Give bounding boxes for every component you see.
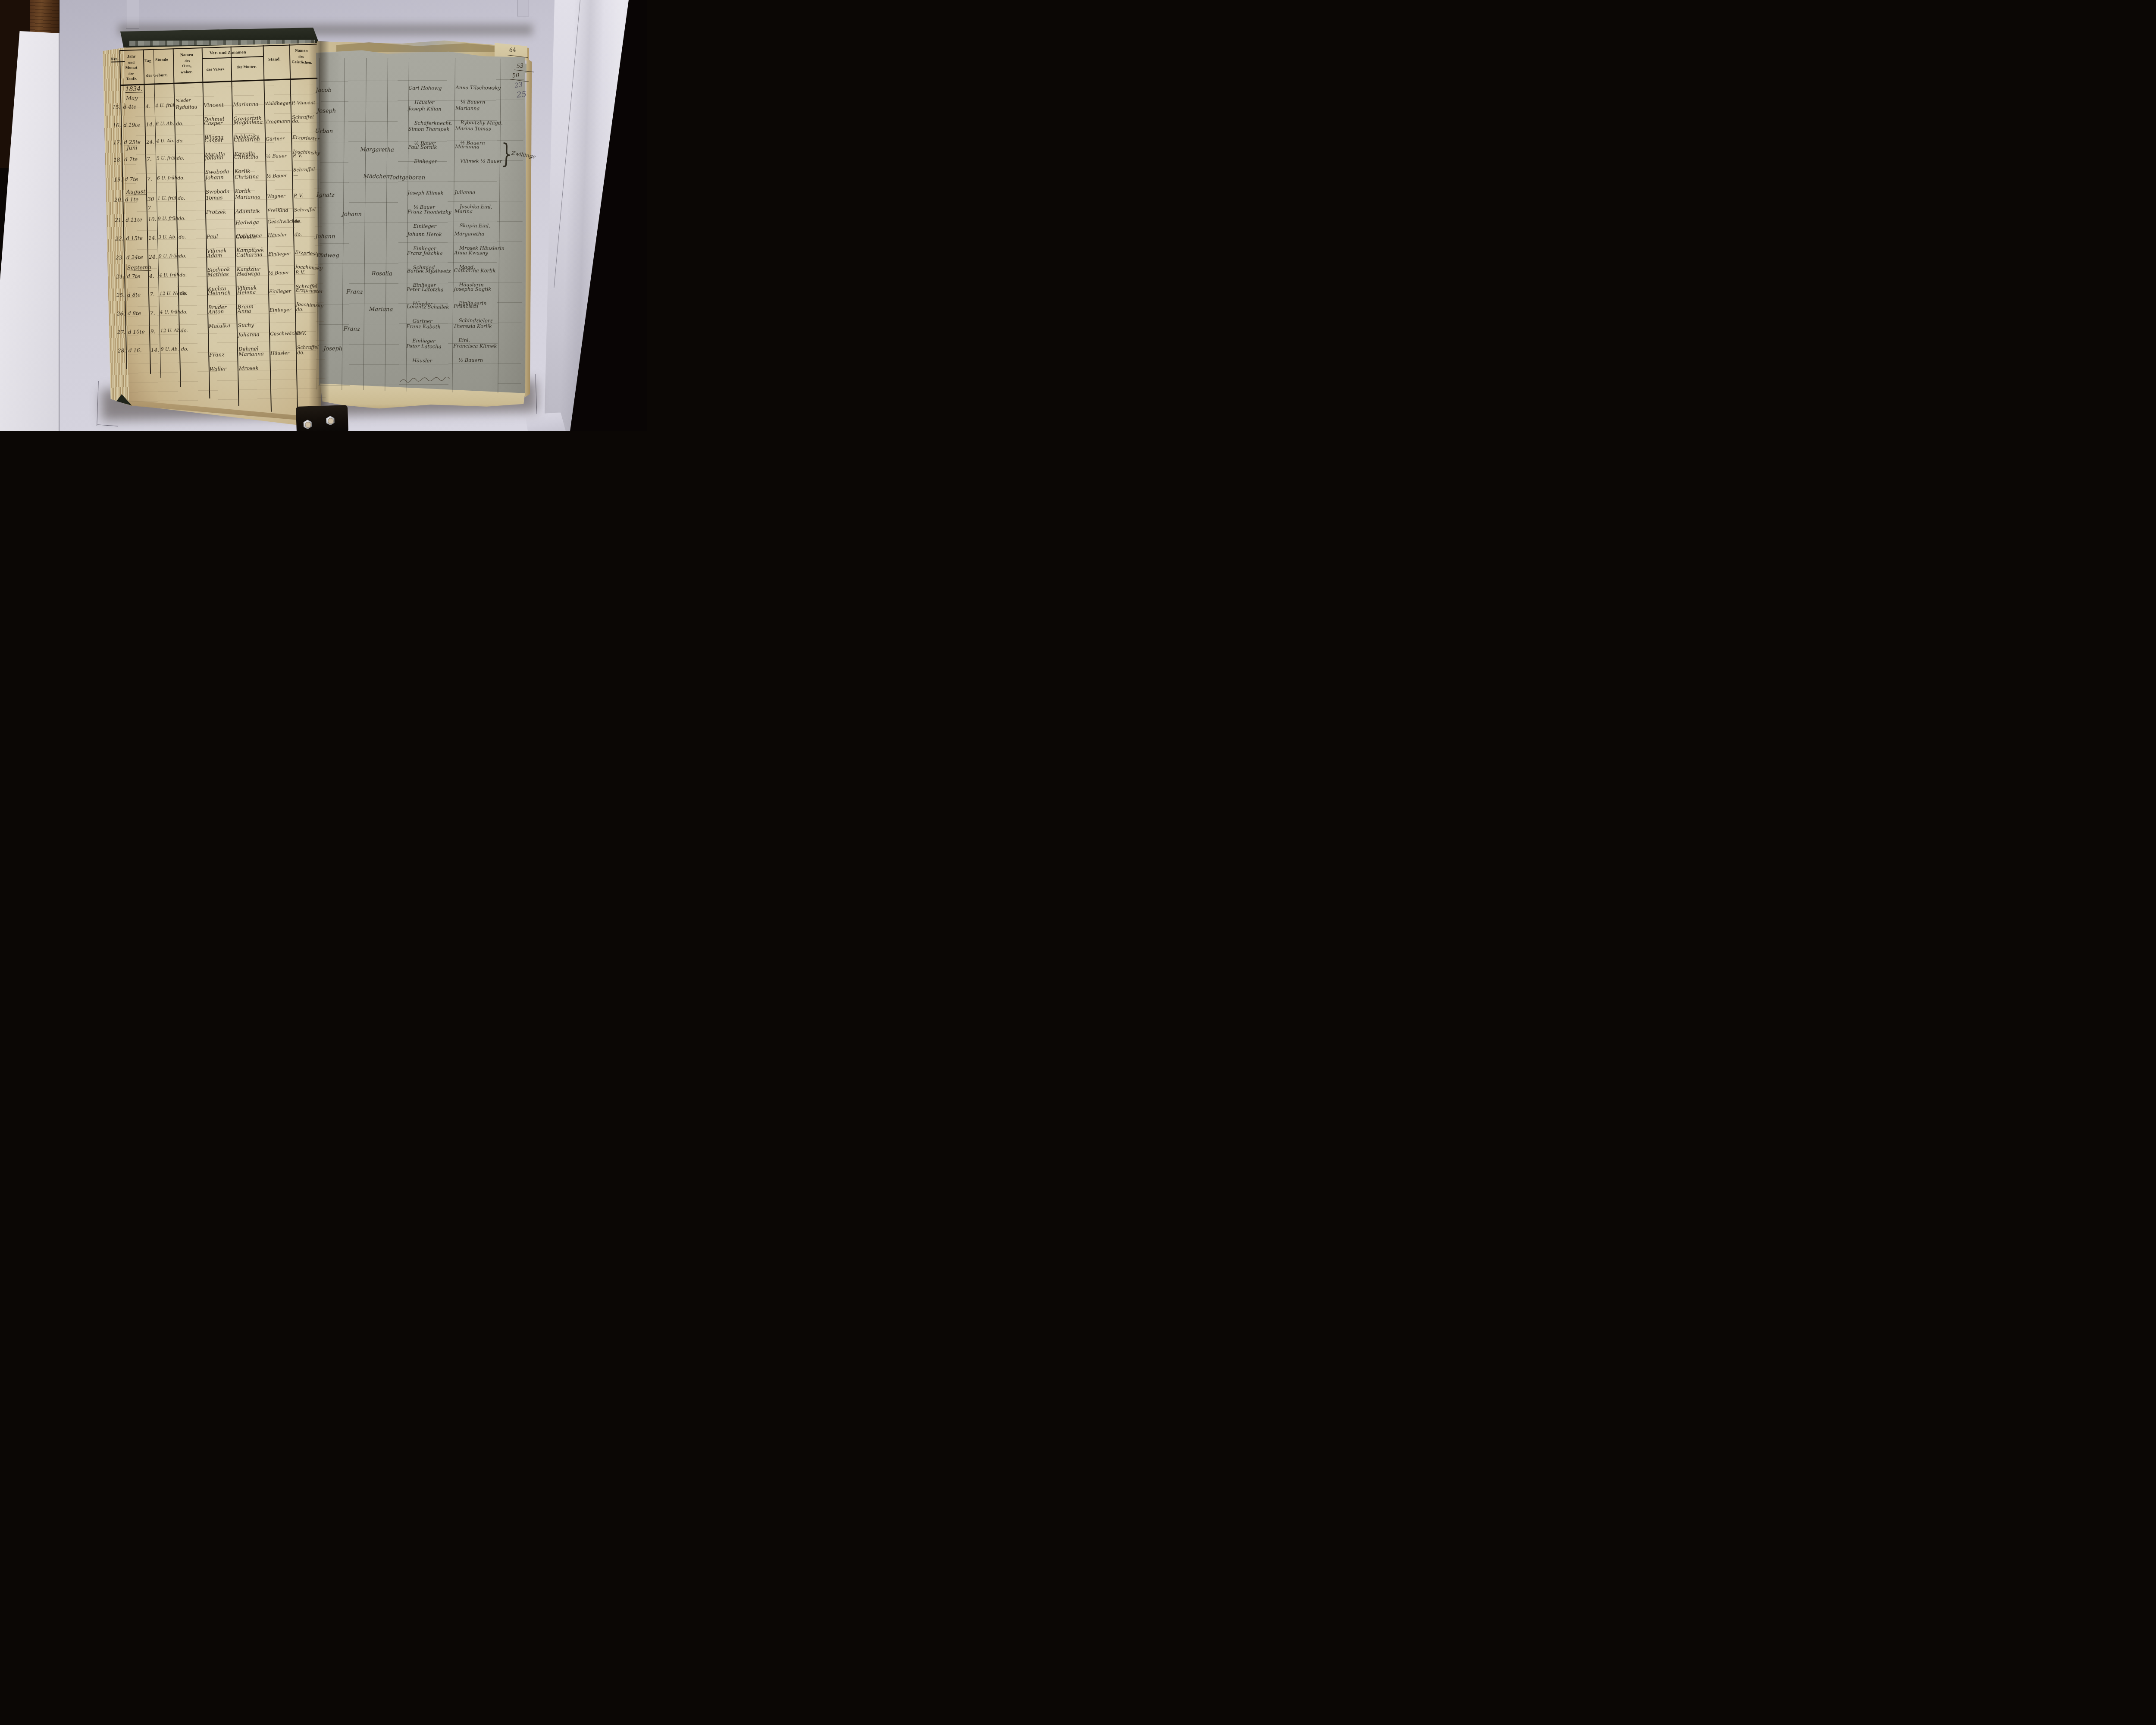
mother: Josepha Sogtik (454, 287, 491, 292)
stillborn-label-2: Todtgeboren (389, 175, 426, 181)
child-name: Joseph (323, 346, 342, 351)
handwriting-fragment (399, 377, 455, 385)
father-status: Häusler (412, 358, 432, 364)
father: Peter Latotzka (407, 287, 443, 292)
father: Paul Sornik (408, 145, 437, 150)
bolt-icon (326, 416, 335, 426)
child-name: Ignatz (317, 192, 335, 198)
child-name: Rosalia (372, 271, 392, 276)
father-status: Einlieger (414, 159, 437, 164)
child-name: Franz (344, 326, 360, 332)
father: Bartek Mysliwetz (407, 269, 451, 274)
mother-status: Einl. (458, 338, 470, 343)
child-name: Ludweg (317, 253, 339, 258)
mother: Francisca Klimek (453, 344, 497, 349)
father: Johann Herok (407, 232, 442, 237)
page-number-53: 53 (516, 63, 524, 69)
child-name: Urban (315, 129, 333, 134)
father: Franz Thonietzky (407, 210, 451, 215)
page-number-50: 50 (512, 72, 520, 79)
sheet-row: Joseph Peter Latocha Häusler Francisca K… (0, 343, 558, 378)
father: Lorentz Schallek (407, 304, 449, 310)
mother: Marianna (455, 144, 479, 150)
mother-status: Vilimek ½ Bauer (460, 159, 502, 164)
child-name: Johann (342, 211, 362, 217)
mother: Anna Kwasny (454, 251, 488, 256)
child-name: Mariana (369, 307, 393, 312)
mother: Anna Tilschowsky (455, 85, 501, 91)
father-status: Häusler (414, 100, 434, 105)
bolt-core (328, 418, 334, 424)
mother: Margaretha (454, 232, 484, 237)
stillborn-label: Mädchen (364, 174, 390, 180)
father: Franz Jeschka (407, 251, 443, 256)
mother-status: Skupin Einl. (460, 223, 490, 229)
mother: Julianna (454, 190, 475, 195)
pencil-number-23: 23 (514, 80, 523, 89)
mother: Marina Tomas (455, 126, 491, 132)
father: Carl Hohowg (408, 86, 442, 91)
mother-status: ½ Bauern (458, 358, 483, 363)
father: Simon Tharapek (408, 127, 450, 132)
bolt-core (305, 422, 311, 428)
book-cradle-clamp (296, 405, 348, 431)
father: Franz Kaboth (407, 324, 441, 329)
child-name: Johann (315, 234, 335, 239)
child-name: Margaretha (360, 147, 394, 153)
father: Joseph Klimek (407, 191, 443, 196)
mother: Marina (454, 209, 473, 214)
bolt-icon (303, 420, 313, 430)
father: Peter Latocha (406, 344, 441, 349)
father-status: Einlieger (414, 224, 436, 229)
mother: Catharina Korlik (454, 268, 496, 273)
mother-status: Rybnitzky Magd. (461, 120, 503, 125)
photograph-of-baptism-register: Nro. Jahr und Monat der Taufe. Tag Stund… (0, 0, 647, 431)
gray-sheet-content: Jacob Carl Hohowg Häusler Anna Tilschows… (0, 0, 647, 431)
twins-brace: } (501, 138, 513, 170)
pencil-number-25: 25 (516, 90, 527, 100)
page-number-64: 64 (509, 47, 517, 54)
child-name: Jacob (316, 88, 332, 93)
father-status: Schäferknecht. (414, 121, 453, 126)
mother-status: ¼ Bauern (461, 100, 485, 105)
child-name: Joseph (317, 108, 336, 114)
mother: Theresia Korlik (454, 324, 492, 329)
child-name: Franz (346, 289, 363, 295)
father: Joseph Kilian (408, 107, 442, 112)
mother: Francisca (454, 304, 478, 309)
mother: Marianna (455, 106, 479, 111)
